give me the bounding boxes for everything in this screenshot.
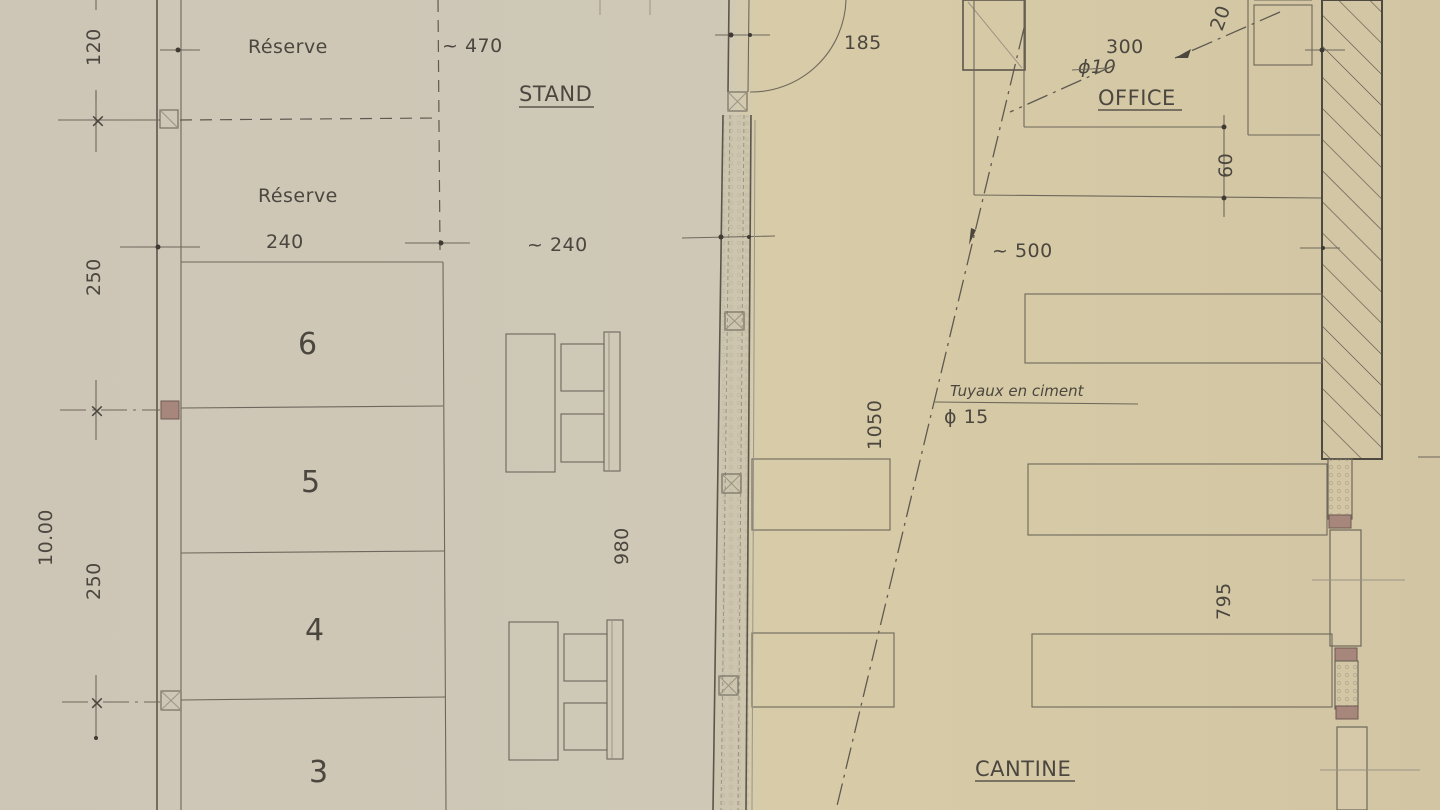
stall-number: 6 xyxy=(298,327,317,362)
stall-number: 4 xyxy=(305,613,324,648)
pipe-diameter-label: ϕ 15 xyxy=(944,406,989,428)
dimension-label: 300 xyxy=(1106,36,1144,58)
room-label-office: OFFICE xyxy=(1098,86,1176,110)
dimension-label: 60 xyxy=(1215,153,1237,178)
dimension-label: 240 xyxy=(266,231,304,253)
column-marker-red xyxy=(161,401,179,419)
dimension-label: 250 xyxy=(83,258,105,296)
stall-number: 5 xyxy=(301,465,320,500)
door-dimension: 185 xyxy=(844,32,882,54)
reserve-label: Réserve xyxy=(258,185,338,207)
room-label-stand: STAND xyxy=(519,82,592,106)
svg-text:×: × xyxy=(89,400,105,422)
svg-text:×: × xyxy=(90,110,106,132)
hatched-wall xyxy=(1322,0,1382,459)
dimension-label: ~ 500 xyxy=(992,240,1053,262)
total-dimension-label: 10.00 xyxy=(35,509,57,566)
dimension-label: ~ 240 xyxy=(527,234,588,256)
stall-number: 3 xyxy=(309,755,328,790)
dimension-label: 1050 xyxy=(864,400,886,450)
dimension-label: 250 xyxy=(83,562,105,600)
reserve-label: Réserve xyxy=(248,36,328,58)
dimension-label: 980 xyxy=(611,527,633,565)
dimension-label: 120 xyxy=(83,28,105,66)
dimension-label: 795 xyxy=(1213,582,1235,620)
dimension-label: ~ 470 xyxy=(442,35,503,57)
svg-text:×: × xyxy=(89,692,105,714)
floor-plan: × × × Réserve Réserve 240 ~ 470 6 5 4 3 xyxy=(0,0,1440,810)
pipe-note: Tuyaux en ciment xyxy=(950,382,1085,400)
room-label-cantine: CANTINE xyxy=(975,757,1071,781)
